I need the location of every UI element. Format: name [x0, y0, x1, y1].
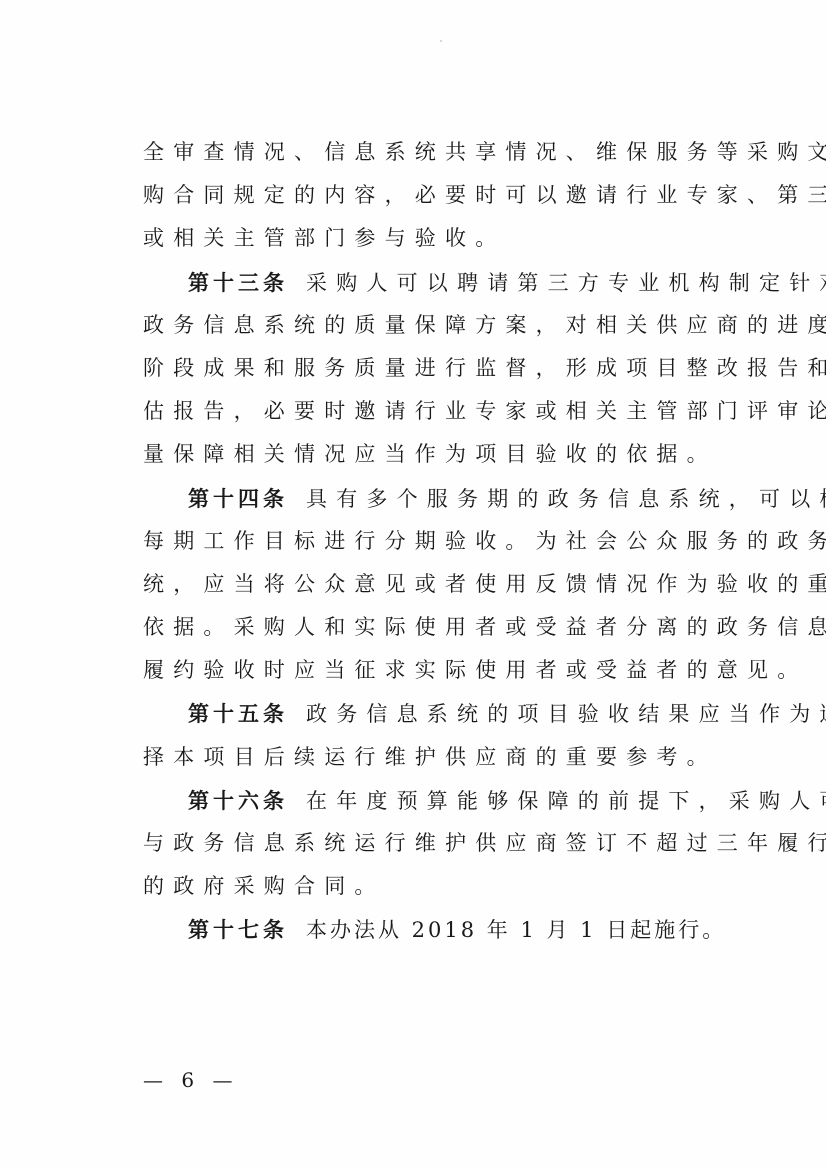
- text-line: 第十三条采购人可以聘请第三方专业机构制定针对: [143, 261, 699, 304]
- page-number: — 6 —: [143, 1068, 238, 1092]
- text-line: 依据。采购人和实际使用者或受益者分离的政务信息系统，: [143, 606, 699, 649]
- text-line: 第十六条在年度预算能够保障的前提下，采购人可以: [143, 779, 699, 822]
- text-line: 择本项目后续运行维护供应商的重要参考。: [143, 736, 699, 779]
- document-body: 全审查情况、信息系统共享情况、维保服务等采购文件和采 购合同规定的内容，必要时可…: [143, 131, 699, 952]
- article-text: 本办法从 2018 年 1 月 1 日起施行。: [306, 918, 726, 942]
- text-line: 量保障相关情况应当作为项目验收的依据。: [143, 433, 699, 476]
- article-heading: 第十五条: [188, 701, 288, 726]
- text-line: 第十五条政务信息系统的项目验收结果应当作为选: [143, 692, 699, 735]
- paragraph-continuation: 全审查情况、信息系统共享情况、维保服务等采购文件和采 购合同规定的内容，必要时可…: [143, 131, 699, 261]
- scan-artifact: [440, 40, 442, 42]
- article-15: 第十五条政务信息系统的项目验收结果应当作为选 择本项目后续运行维护供应商的重要参…: [143, 692, 699, 778]
- article-text: 政务信息系统的项目验收结果应当作为选: [306, 702, 826, 726]
- article-heading: 第十六条: [188, 788, 288, 813]
- text-line: 全审查情况、信息系统共享情况、维保服务等采购文件和采: [143, 131, 699, 174]
- article-16: 第十六条在年度预算能够保障的前提下，采购人可以 与政务信息系统运行维护供应商签订…: [143, 779, 699, 909]
- text-line: 统，应当将公众意见或者使用反馈情况作为验收的重要参考: [143, 563, 699, 606]
- text-line: 履约验收时应当征求实际使用者或受益者的意见。: [143, 649, 699, 692]
- text-line: 阶段成果和服务质量进行监督，形成项目整改报告和绩效评: [143, 347, 699, 390]
- article-heading: 第十三条: [188, 270, 288, 295]
- article-text: 具有多个服务期的政务信息系统，可以根据: [306, 487, 826, 511]
- article-13: 第十三条采购人可以聘请第三方专业机构制定针对 政务信息系统的质量保障方案，对相关…: [143, 261, 699, 477]
- text-line: 或相关主管部门参与验收。: [143, 217, 699, 260]
- article-heading: 第十四条: [188, 486, 288, 511]
- document-page: 全审查情况、信息系统共享情况、维保服务等采购文件和采 购合同规定的内容，必要时可…: [0, 0, 826, 1169]
- article-14: 第十四条具有多个服务期的政务信息系统，可以根据 每期工作目标进行分期验收。为社会…: [143, 477, 699, 693]
- text-line: 政务信息系统的质量保障方案，对相关供应商的进度计划、: [143, 304, 699, 347]
- text-line: 第十四条具有多个服务期的政务信息系统，可以根据: [143, 477, 699, 520]
- text-line: 估报告，必要时邀请行业专家或相关主管部门评审论证。质: [143, 390, 699, 433]
- text-line: 每期工作目标进行分期验收。为社会公众服务的政务信息系: [143, 520, 699, 563]
- text-line: 与政务信息系统运行维护供应商签订不超过三年履行期限: [143, 822, 699, 865]
- article-heading: 第十七条: [188, 917, 288, 942]
- article-text: 在年度预算能够保障的前提下，采购人可以: [306, 789, 826, 813]
- article-text: 采购人可以聘请第三方专业机构制定针对: [306, 271, 826, 295]
- text-line: 的政府采购合同。: [143, 865, 699, 908]
- text-line: 购合同规定的内容，必要时可以邀请行业专家、第三方机构: [143, 174, 699, 217]
- text-line: 第十七条本办法从 2018 年 1 月 1 日起施行。: [143, 908, 699, 951]
- article-17: 第十七条本办法从 2018 年 1 月 1 日起施行。: [143, 908, 699, 951]
